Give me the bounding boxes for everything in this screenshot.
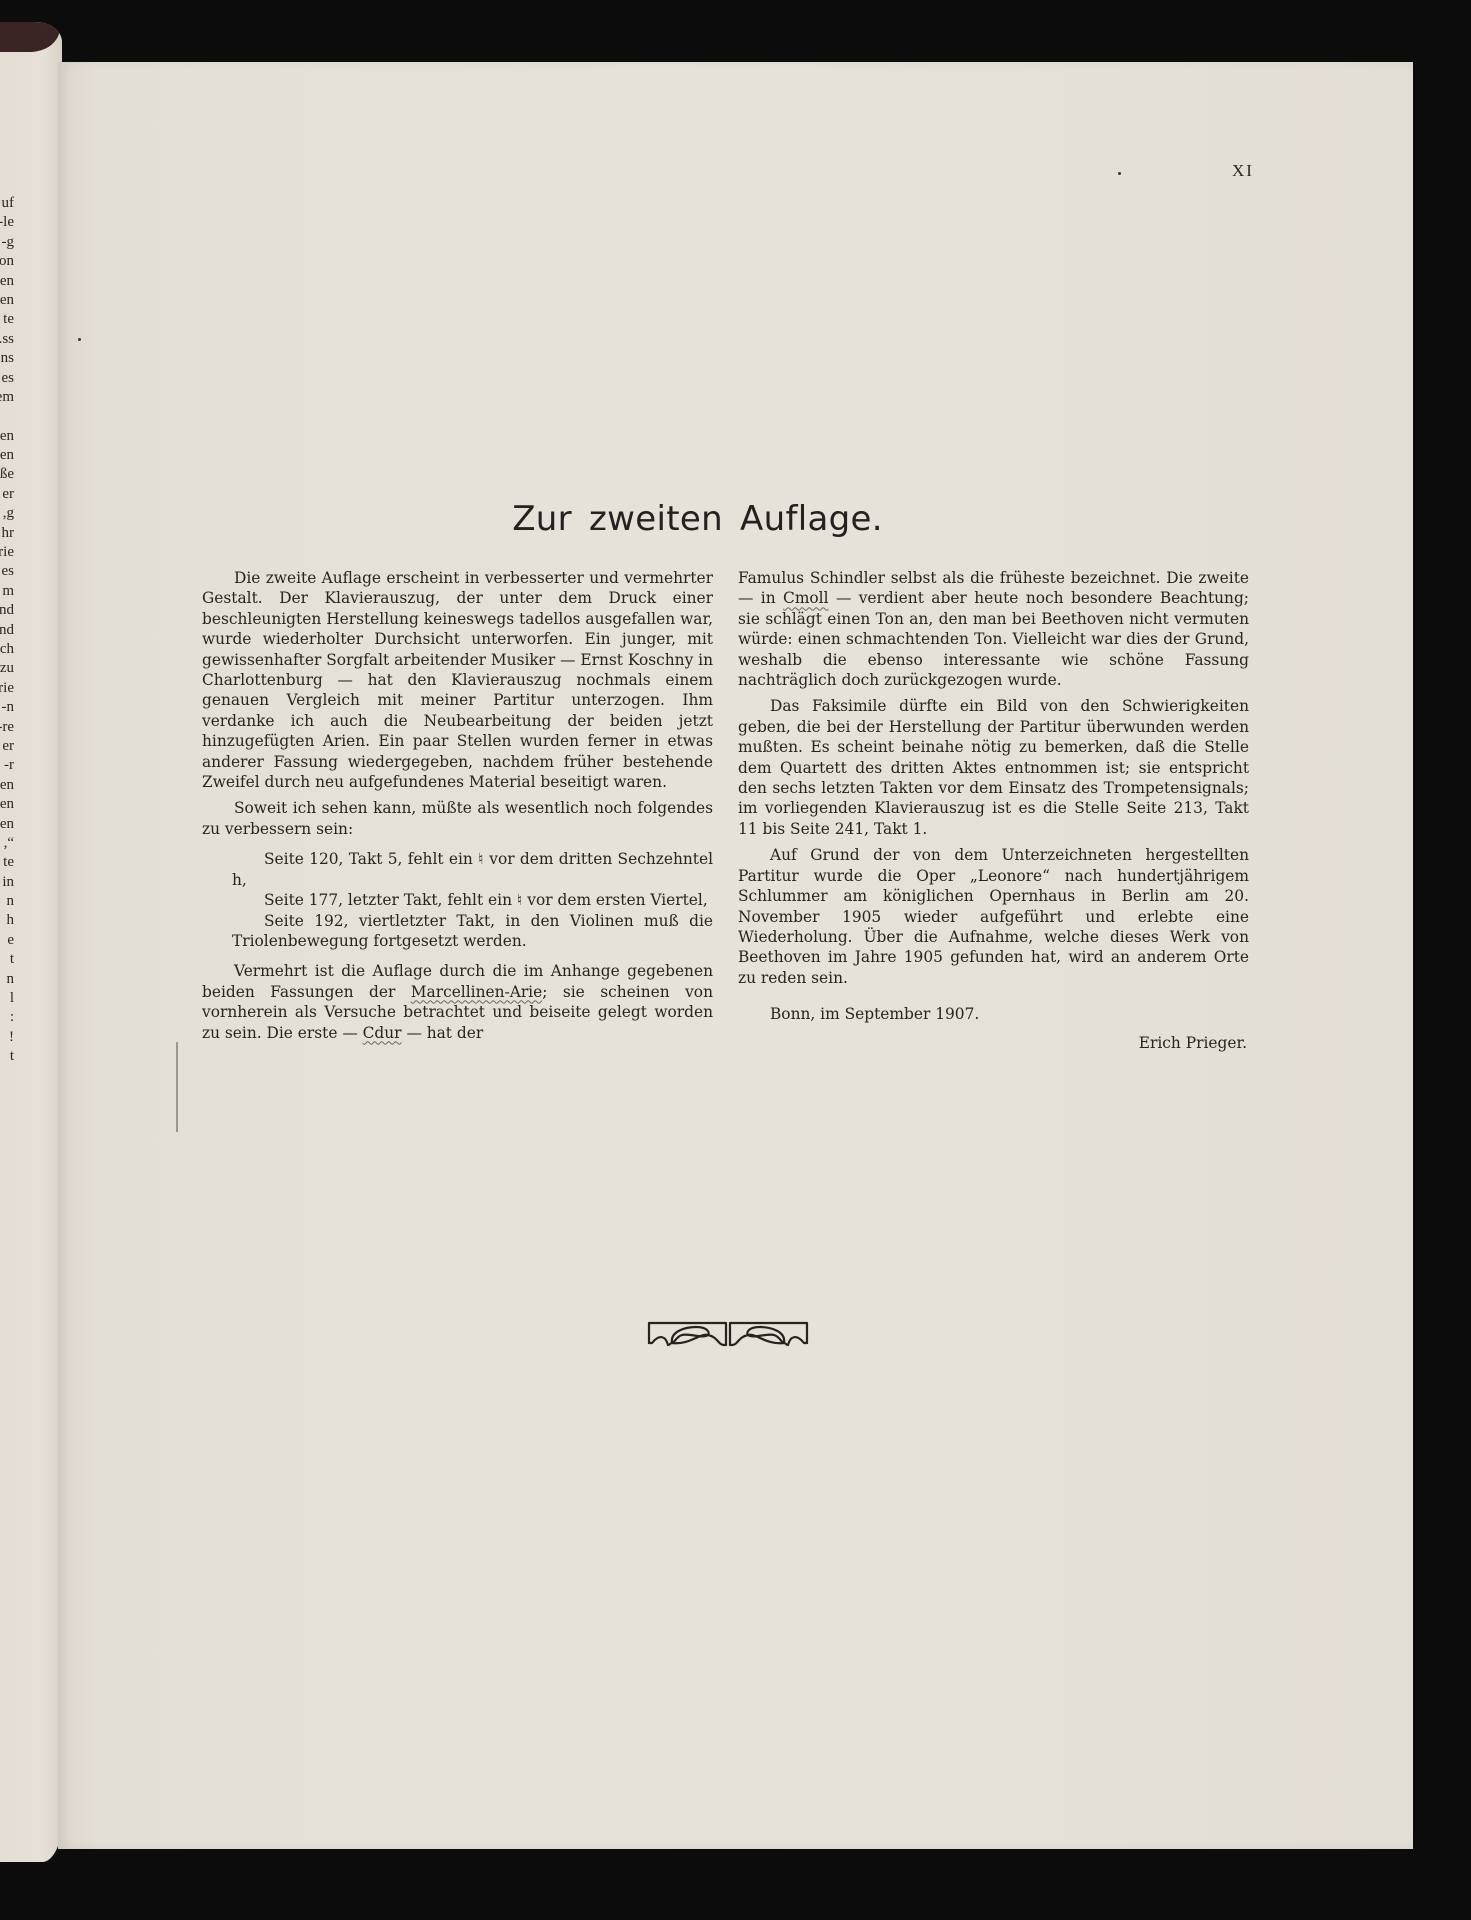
page-number: XI (1232, 161, 1254, 181)
corrections-list: Seite 120, Takt 5, fehlt ein ♮ vor dem d… (202, 849, 713, 951)
paragraph-facsimile: Das Faksimile dürfte ein Bild von den Sc… (738, 696, 1249, 839)
facing-page-fragment: ße (0, 465, 14, 484)
facing-page-fragment: en (0, 795, 14, 814)
facing-page: ufle-g-onenentess.nsesemenenßeerg,hrriee… (0, 22, 62, 1862)
underlined-term: Marcellinen-Arie (411, 983, 542, 1001)
facing-page-fragment: nd (0, 601, 14, 620)
paragraph-performance: Auf Grund der von dem Unterzeichneten he… (738, 845, 1249, 988)
margin-pencil-mark (176, 1042, 178, 1132)
facing-page-fragment: en (0, 776, 14, 795)
facing-page-fragment: uf (0, 194, 14, 213)
facing-page-fragment: le- (0, 213, 14, 232)
right-column: Famulus Schindler selbst als die frühest… (738, 568, 1249, 1053)
facing-page-fragment: en (0, 272, 14, 291)
book-cover-edge (0, 22, 60, 52)
facing-page-fragment: e (0, 931, 14, 950)
facing-page-fragment: g- (0, 233, 14, 252)
paper-speck (1118, 172, 1121, 175)
place-date: Bonn, im September 1907. (738, 1004, 1249, 1024)
facing-page-fragment: hr (0, 524, 14, 543)
paragraph-continuation: Famulus Schindler selbst als die frühest… (738, 568, 1249, 690)
facing-page-fragment: ns (0, 349, 14, 368)
facing-page-fragment: er (0, 485, 14, 504)
facing-page-fragment: er (0, 737, 14, 756)
underlined-term: Cdur (363, 1024, 402, 1042)
facing-page-fragment: in (0, 873, 14, 892)
facing-page-fragment: re- (0, 718, 14, 737)
facing-page-text-fragments: ufle-g-onenentess.nsesemenenßeerg,hrriee… (0, 194, 14, 1067)
facing-page-fragment: n- (0, 698, 14, 717)
facing-page-fragment: rie (0, 679, 14, 698)
left-column: Die zweite Auflage erscheint in verbesse… (202, 568, 713, 1043)
facing-page-fragment: te (0, 310, 14, 329)
facing-page-fragment: l (0, 989, 14, 1008)
facing-page-fragment: t (0, 1047, 14, 1066)
facing-page-fragment: en (0, 291, 14, 310)
underlined-term: Cmoll (783, 589, 828, 607)
facing-page-fragment: en (0, 815, 14, 834)
facing-page-fragment: es (0, 369, 14, 388)
page-title: Zur zweiten Auflage. (18, 499, 1375, 539)
facing-page-fragment: en (0, 446, 14, 465)
facing-page-fragment: on (0, 252, 14, 271)
facing-page-fragment: g, (0, 504, 14, 523)
facing-page-fragment: zu (0, 659, 14, 678)
facing-page-fragment: : (0, 1008, 14, 1027)
paper-speck (78, 338, 81, 341)
paragraph-intro: Die zweite Auflage erscheint in verbesse… (202, 568, 713, 792)
facing-page-fragment: es (0, 562, 14, 581)
ornament-icon (646, 1319, 810, 1347)
paragraph-appendix: Vermehrt ist die Auflage durch die im An… (202, 961, 713, 1043)
facing-page-fragment: “, (0, 834, 14, 853)
facing-page-fragment: r- (0, 756, 14, 775)
facing-page-fragment: ss. (0, 330, 14, 349)
facing-page-fragment (0, 407, 14, 426)
correction-item: Seite 177, letzter Takt, fehlt ein ♮ vor… (232, 890, 713, 910)
correction-item: Seite 120, Takt 5, fehlt ein ♮ vor dem d… (232, 849, 713, 890)
paragraph-corrections-intro: Soweit ich sehen kann, müßte als wesentl… (202, 798, 713, 839)
text-run: — hat der (402, 1024, 484, 1042)
facing-page-fragment: ch (0, 640, 14, 659)
facing-page-fragment: te (0, 853, 14, 872)
facing-page-fragment: em (0, 388, 14, 407)
facing-page-fragment: nd (0, 621, 14, 640)
facing-page-fragment: h (0, 911, 14, 930)
facing-page-fragment: ! (0, 1028, 14, 1047)
signature: Erich Prieger. (738, 1033, 1249, 1053)
facing-page-fragment: en (0, 427, 14, 446)
facing-page-fragment: t (0, 950, 14, 969)
facing-page-fragment: n (0, 970, 14, 989)
facing-page-fragment: rie (0, 543, 14, 562)
correction-item: Seite 192, viertletzter Takt, in den Vio… (232, 911, 713, 952)
book-page: XI Zur zweiten Auflage. Die zweite Aufla… (58, 62, 1413, 1849)
facing-page-fragment: n (0, 892, 14, 911)
facing-page-fragment: m (0, 582, 14, 601)
